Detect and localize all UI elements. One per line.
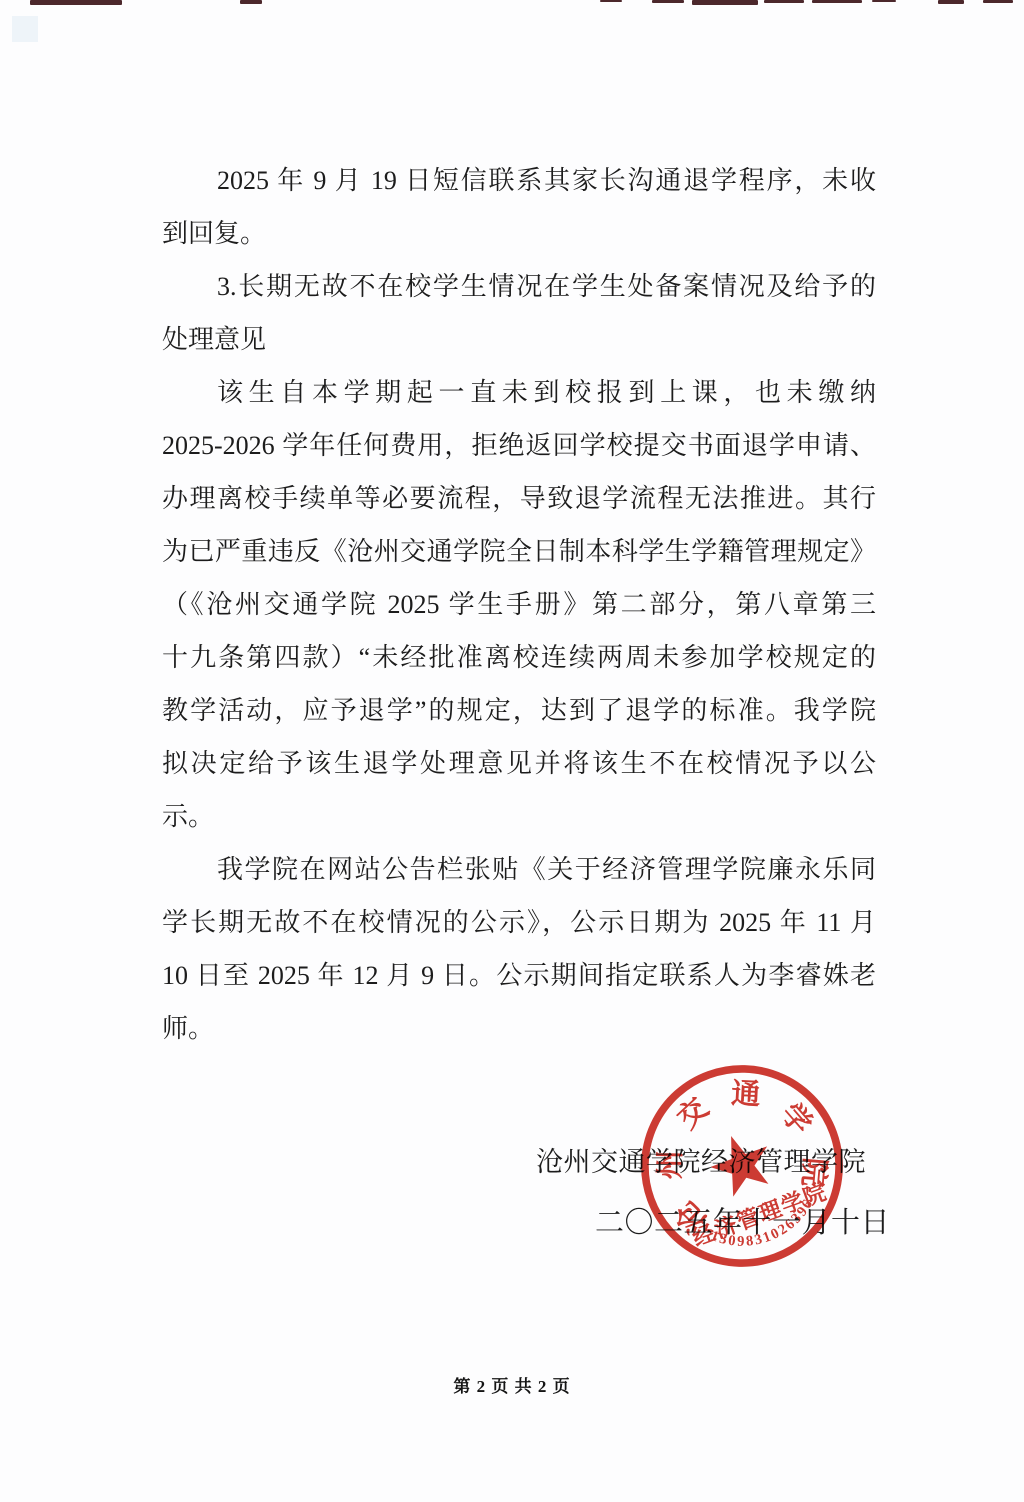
body-line: 教学活动，应予退学”的规定，达到了退学的标准。我学院 [162,684,876,737]
scan-artifact [652,0,684,3]
body-line: 师。 [162,1002,876,1055]
seal-ring-char: 州 [654,1150,687,1180]
body-line: 拟决定给予该生退学处理意见并将该生不在校情况予以公 [162,737,876,790]
body-line: 该生自本学期起一直未到校报到上课，也未缴纳 [162,366,876,419]
body-line: （《沧州交通学院 2025 学生手册》第二部分，第八章第三 [162,578,876,631]
scan-artifact [240,0,262,4]
body-line: 为已严重违反《沧州交通学院全日制本科学生学籍管理规定》 [162,525,876,578]
body-line: 办理离校手续单等必要流程，导致退学流程无法推进。其行 [162,472,876,525]
scan-artifact [983,0,1013,3]
scan-artifact [600,0,622,2]
body-line: 我学院在网站公告栏张贴《关于经济管理学院廉永乐同 [162,843,876,896]
scan-artifact [812,0,862,3]
seal-ring-char: 通 [730,1077,761,1111]
scan-artifact [692,0,758,5]
page-footer: 第 2 页 共 2 页 [0,1372,1024,1397]
scan-artifact [938,0,964,4]
scanned-document-page: 2025 年 9 月 19 日短信联系其家长沟通退学程序，未收到回复。3.长期无… [0,0,1024,1502]
seal-star-icon [703,1126,780,1201]
body-line: 到回复。 [162,207,876,260]
document-body: 2025 年 9 月 19 日短信联系其家长沟通退学程序，未收到回复。3.长期无… [162,154,876,1055]
body-line: 2025-2026 学年任何费用，拒绝返回学校提交书面退学申请、 [162,419,876,472]
body-line: 10 日至 2025 年 12 月 9 日。公示期间指定联系人为李睿姝老 [162,949,876,1002]
body-line: 示。 [162,790,876,843]
body-line: 学长期无故不在校情况的公示》，公示日期为 2025 年 11 月 [162,896,876,949]
scan-artifact [872,0,896,2]
scan-artifact [30,0,122,5]
official-seal: 沧 州 交 通 学 院 经济管理学院 1309831026396 [638,1062,846,1270]
body-line: 处理意见 [162,313,876,366]
scan-smudge [12,16,38,42]
scan-artifact [764,0,804,3]
body-line: 2025 年 9 月 19 日短信联系其家长沟通退学程序，未收 [162,154,876,207]
body-line: 3.长期无故不在校学生情况在学生处备案情况及给予的 [162,260,876,313]
body-line: 十九条第四款）“未经批准离校连续两周未参加学校规定的 [162,631,876,684]
